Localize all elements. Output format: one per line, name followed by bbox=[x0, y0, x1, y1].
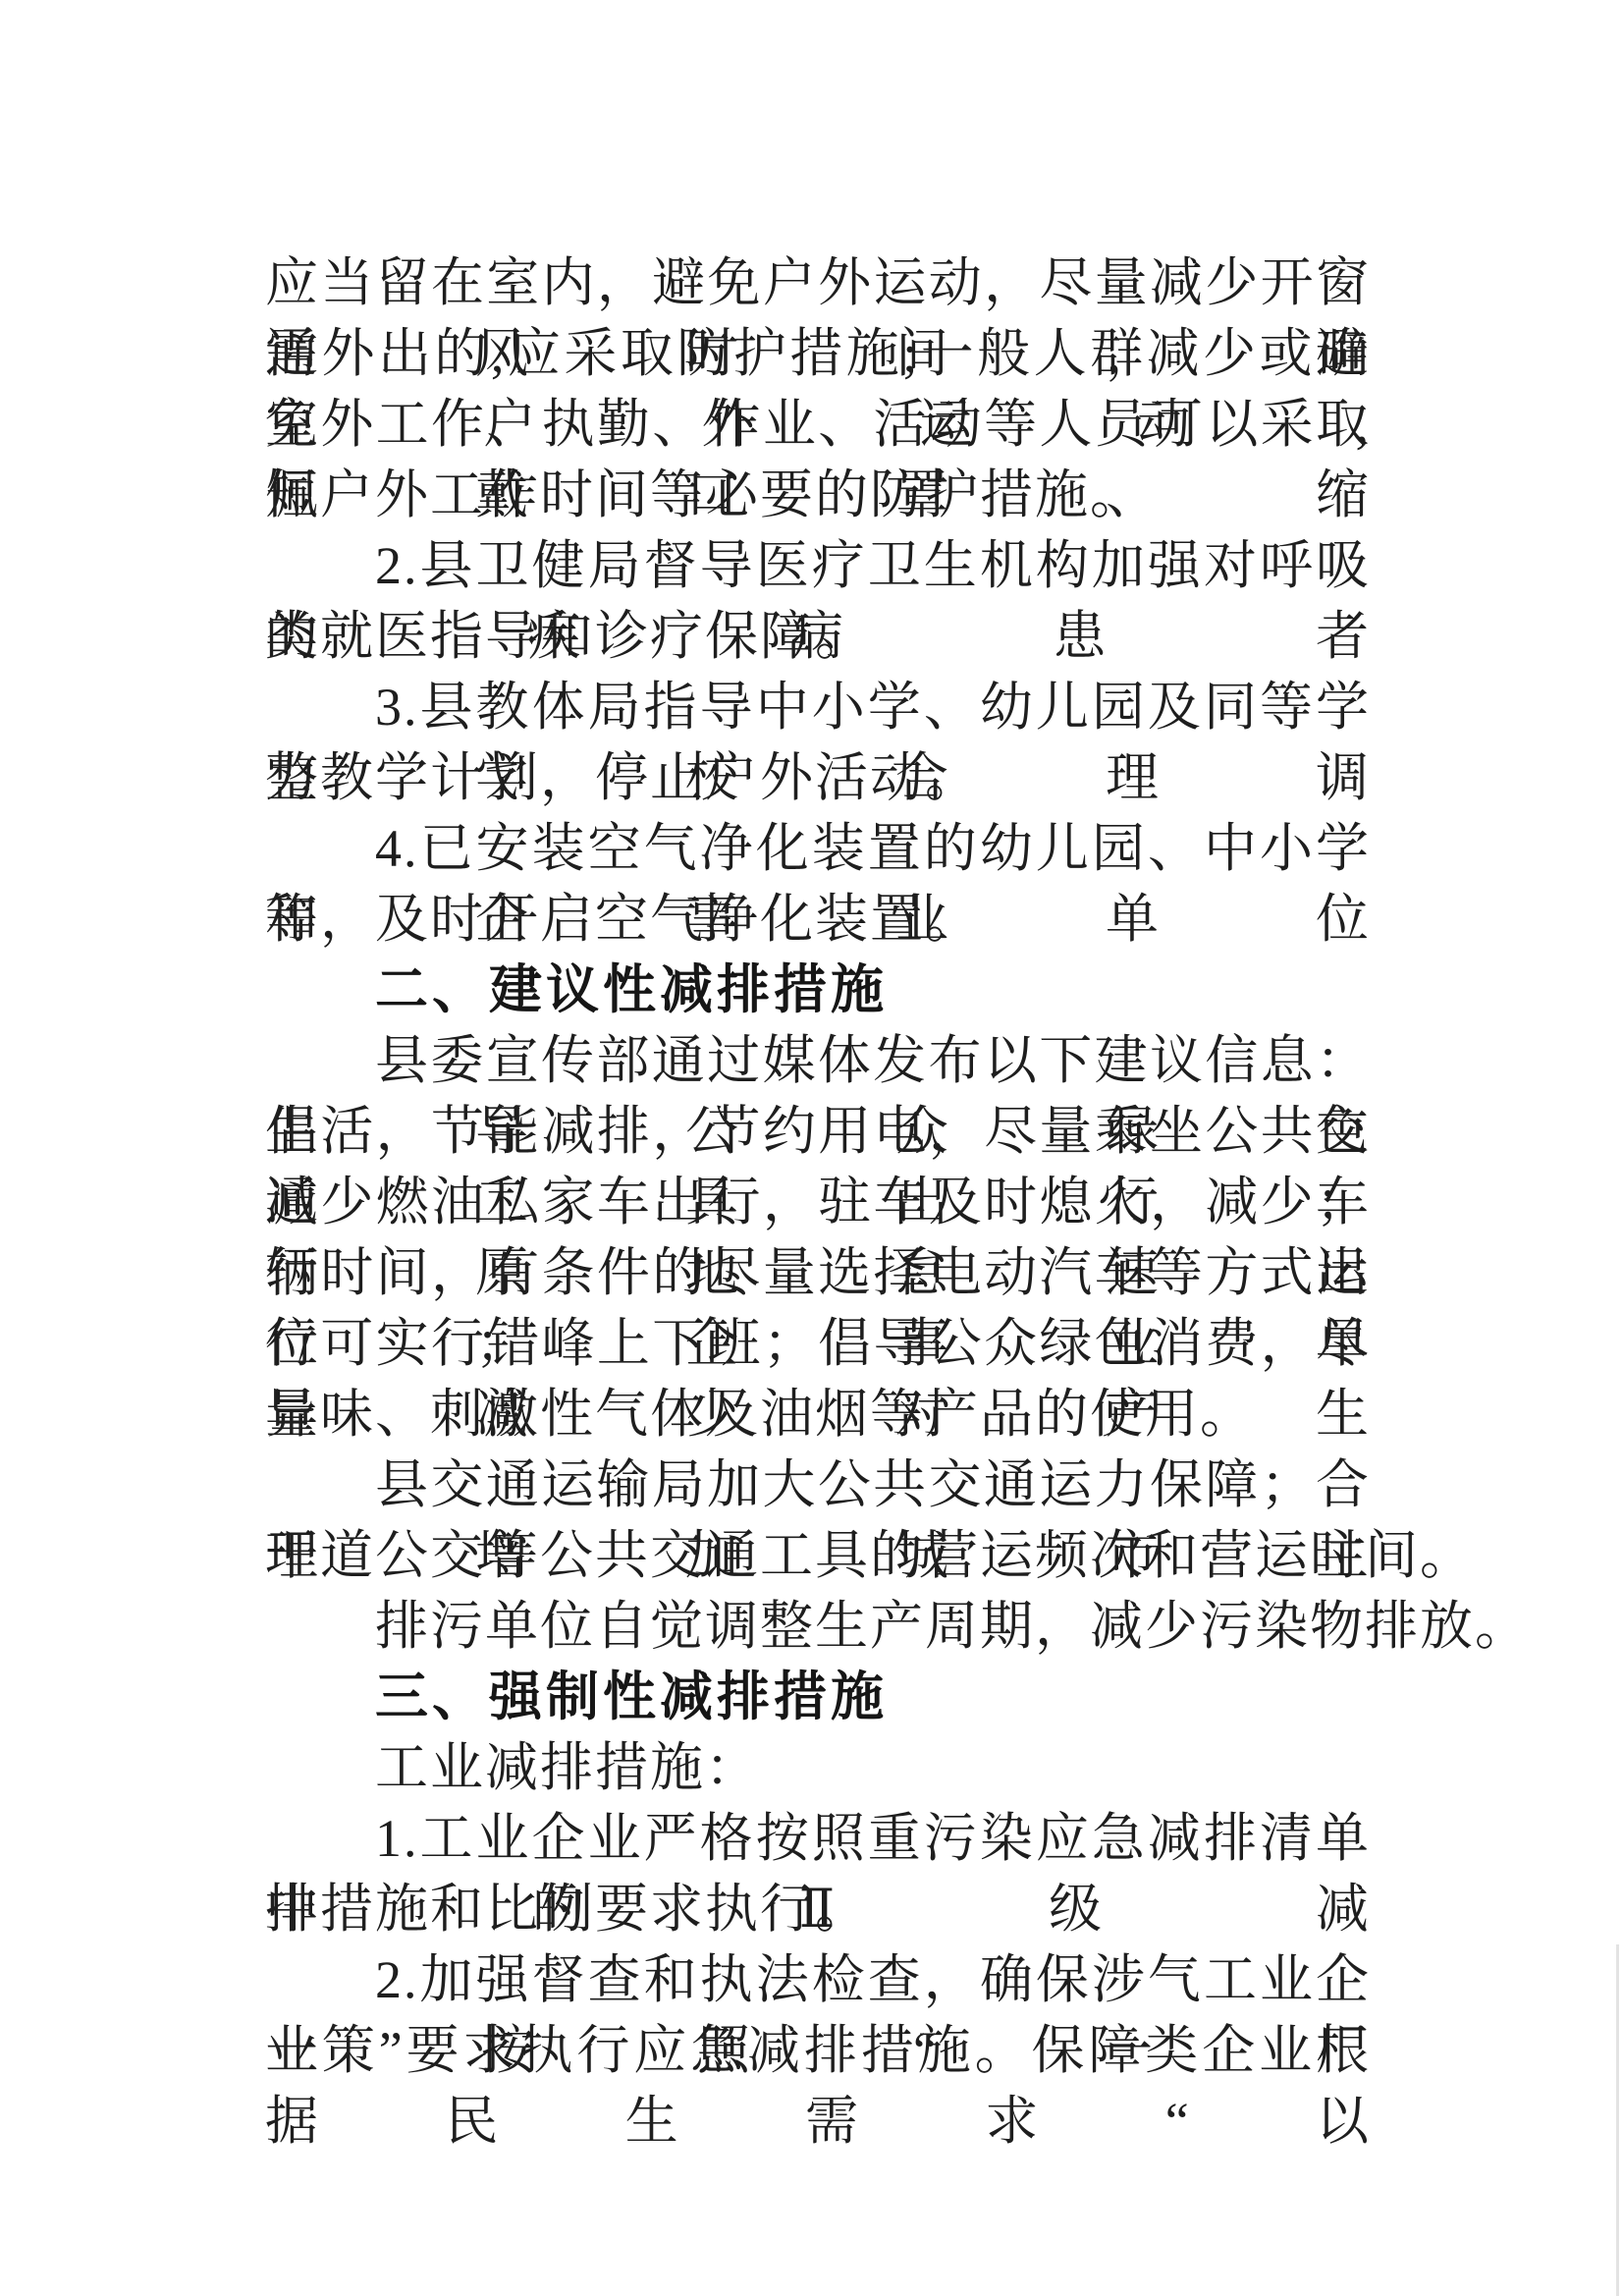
text-line: 生活，节能减排，节约用电，尽量乘坐公共交通工具出行； bbox=[265, 1096, 1371, 1167]
text-line: 室外工作、执勤、作业、活动等人员可以采取佩戴口罩、缩 bbox=[265, 389, 1371, 460]
document-page: 应当留在室内，避免户外运动，尽量减少开窗通风时间，确需外出的,应采取防护措施;一… bbox=[0, 0, 1623, 2296]
text-line: 县委宣传部通过媒体发布以下建议信息：倡导公众绿色 bbox=[265, 1025, 1371, 1096]
document-text-block: 应当留在室内，避免户外运动，尽量减少开窗通风时间，确需外出的,应采取防护措施;一… bbox=[265, 247, 1371, 2086]
text-line: 3.县教体局指导中小学、幼儿园及同等学力学校合理调 bbox=[265, 672, 1371, 742]
text-line: 干道公交等公共交通工具的营运频次和营运时间。 bbox=[265, 1520, 1371, 1591]
text-line: 减少燃油私家车出行，驻车及时熄火，减少车辆原地怠速运 bbox=[265, 1167, 1371, 1237]
section-heading: 二、建议性减排措施 bbox=[265, 955, 1371, 1025]
text-line: 县交通运输局加大公共交通运力保障；合理增加城市主 bbox=[265, 1449, 1371, 1520]
text-line: 2.加强督查和执法检查，确保涉气工业企业按照“一厂 bbox=[265, 1944, 1371, 2015]
text-line: 位可实行错峰上下班；倡导公众绿色消费，尽量减少对产生 bbox=[265, 1308, 1371, 1379]
text-line: 一策”要求执行应急减排措施。保障类企业根据民生需求“以 bbox=[265, 2015, 1371, 2086]
text-line: 需外出的,应采取防护措施;一般人群减少或避免户外运动, bbox=[265, 318, 1371, 389]
text-line: 2.县卫健局督导医疗卫生机构加强对呼吸类疾病患者 bbox=[265, 530, 1371, 601]
text-line: 应当留在室内，避免户外运动，尽量减少开窗通风时间，确 bbox=[265, 247, 1371, 318]
text-line: 工业减排措施： bbox=[265, 1732, 1371, 1803]
text-line: 行时间，有条件的尽量选择电动汽车等方式出行；企事业单 bbox=[265, 1237, 1371, 1308]
text-line: 排污单位自觉调整生产周期，减少污染物排放。 bbox=[265, 1591, 1371, 1662]
text-line: 1.工业企业严格按照重污染应急减排清单中的Ⅱ级减 bbox=[265, 1803, 1371, 1874]
text-line: 异味、刺激性气体及油烟等产品的使用。 bbox=[265, 1379, 1371, 1449]
text-line: 4.已安装空气净化装置的幼儿园、中小学和企事业单位 bbox=[265, 813, 1371, 884]
section-heading: 三、强制性减排措施 bbox=[265, 1662, 1371, 1732]
scan-edge-artifact bbox=[1616, 1944, 1619, 2296]
